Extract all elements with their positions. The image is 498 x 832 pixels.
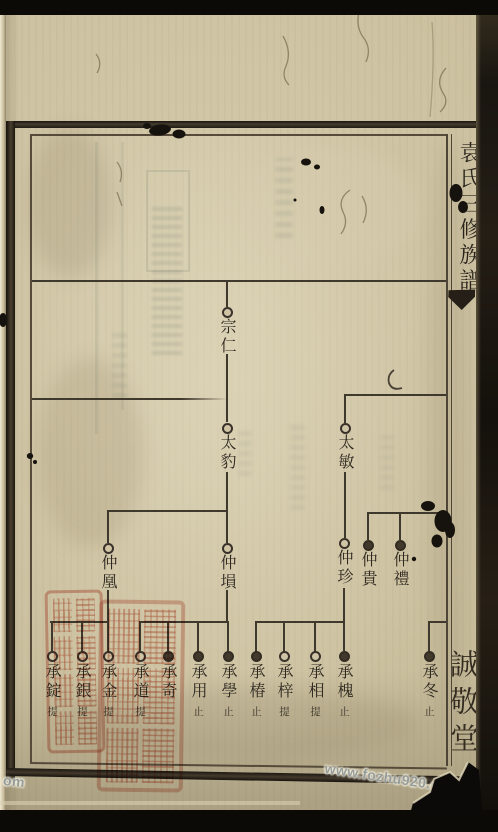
person-name: 承梓提 — [276, 663, 292, 718]
tree-connector-v — [51, 621, 53, 652]
person-name: 承槐止 — [336, 663, 352, 718]
person-name: 承金提 — [100, 663, 116, 718]
person-marker — [135, 651, 146, 662]
person-name: 承冬止 — [421, 663, 437, 718]
person-name: 仲禮 — [392, 551, 408, 589]
tree-connector-h — [255, 621, 345, 623]
person-name: 承銀提 — [74, 663, 90, 718]
tree-connector-v — [226, 510, 228, 543]
tree-connector-h — [428, 621, 446, 623]
person-marker — [163, 651, 174, 662]
person-name: 承奇 — [160, 663, 176, 701]
tree-connector-v — [367, 512, 369, 540]
person-marker — [193, 651, 204, 662]
tree-connector-v — [81, 621, 83, 652]
person-marker — [363, 540, 374, 551]
tree-connector-h — [32, 398, 228, 400]
person-marker — [222, 423, 233, 434]
tree-connector-v — [344, 394, 346, 423]
person-marker — [103, 543, 114, 554]
tree-connector-v — [197, 621, 199, 652]
lineage-note: 提 — [134, 706, 146, 718]
person-name: 承椿止 — [248, 663, 264, 718]
tree-connector-v — [428, 621, 430, 652]
person-marker — [424, 651, 435, 662]
tree-connector-h — [50, 621, 109, 623]
lineage-note: 止 — [250, 706, 262, 718]
person-name: 承學止 — [220, 663, 236, 718]
tree-connector-v — [227, 621, 229, 652]
tree-connector-v — [167, 621, 169, 652]
person-marker — [251, 651, 262, 662]
lineage-note: 提 — [102, 706, 114, 718]
person-marker — [222, 307, 233, 318]
tree-connector-v — [283, 621, 285, 652]
lineage-note: 止 — [222, 706, 234, 718]
genealogy-tree-chart: 宗仁太豹太敏仲凰仲塤仲珍仲貴仲禮承錠提承銀提承金提承道提承奇承用止承學止承椿止承… — [0, 0, 498, 832]
tree-connector-v — [107, 590, 109, 622]
tree-connector-h — [368, 512, 446, 514]
tree-connector-v — [226, 281, 228, 307]
tree-connector-v — [226, 354, 228, 422]
tree-connector-h — [345, 394, 446, 396]
person-name: 承道提 — [132, 663, 148, 718]
person-name: 仲珍 — [336, 549, 352, 587]
tree-connector-h — [108, 510, 228, 512]
lineage-note: 提 — [76, 706, 88, 718]
tree-connector-v — [399, 512, 401, 540]
person-name: 承錠提 — [44, 663, 60, 718]
person-name: 宗仁 — [219, 318, 235, 356]
person-name: 承相提 — [307, 663, 323, 718]
person-name: 太豹 — [219, 434, 235, 472]
tree-connector-v — [139, 621, 141, 652]
tree-connector-v — [255, 621, 257, 652]
lineage-note: 止 — [338, 706, 350, 718]
person-marker — [222, 543, 233, 554]
tree-connector-v — [314, 621, 316, 652]
person-marker — [339, 651, 350, 662]
tree-connector-v — [107, 621, 109, 652]
website-watermark-fragment: om — [2, 772, 26, 790]
tree-connector-v — [226, 590, 228, 622]
lineage-note: 止 — [423, 706, 435, 718]
person-name: 仲貴 — [360, 551, 376, 589]
lineage-note: 提 — [46, 706, 58, 718]
person-marker — [103, 651, 114, 662]
person-name: 仲塤 — [219, 554, 235, 592]
person-marker — [77, 651, 88, 662]
person-marker — [340, 423, 351, 434]
tree-connector-h — [32, 280, 446, 282]
lineage-note: 提 — [278, 706, 290, 718]
person-marker — [223, 651, 234, 662]
lineage-note: 提 — [309, 706, 321, 718]
lineage-note: 止 — [192, 706, 204, 718]
tree-connector-h — [139, 621, 229, 623]
tree-connector-v — [344, 472, 346, 538]
person-marker — [395, 540, 406, 551]
tree-connector-v — [343, 588, 345, 651]
tree-connector-v — [226, 472, 228, 511]
person-marker — [279, 651, 290, 662]
tree-connector-v — [107, 510, 109, 543]
person-name: 太敏 — [337, 434, 353, 472]
person-name: 仲凰 — [100, 554, 116, 592]
person-marker — [310, 651, 321, 662]
scanned-genealogy-page-photo: 宗仁太豹太敏仲凰仲塤仲珍仲貴仲禮承錠提承銀提承金提承道提承奇承用止承學止承椿止承… — [0, 0, 498, 832]
person-marker — [47, 651, 58, 662]
person-marker — [339, 538, 350, 549]
person-name: 承用止 — [190, 663, 206, 718]
